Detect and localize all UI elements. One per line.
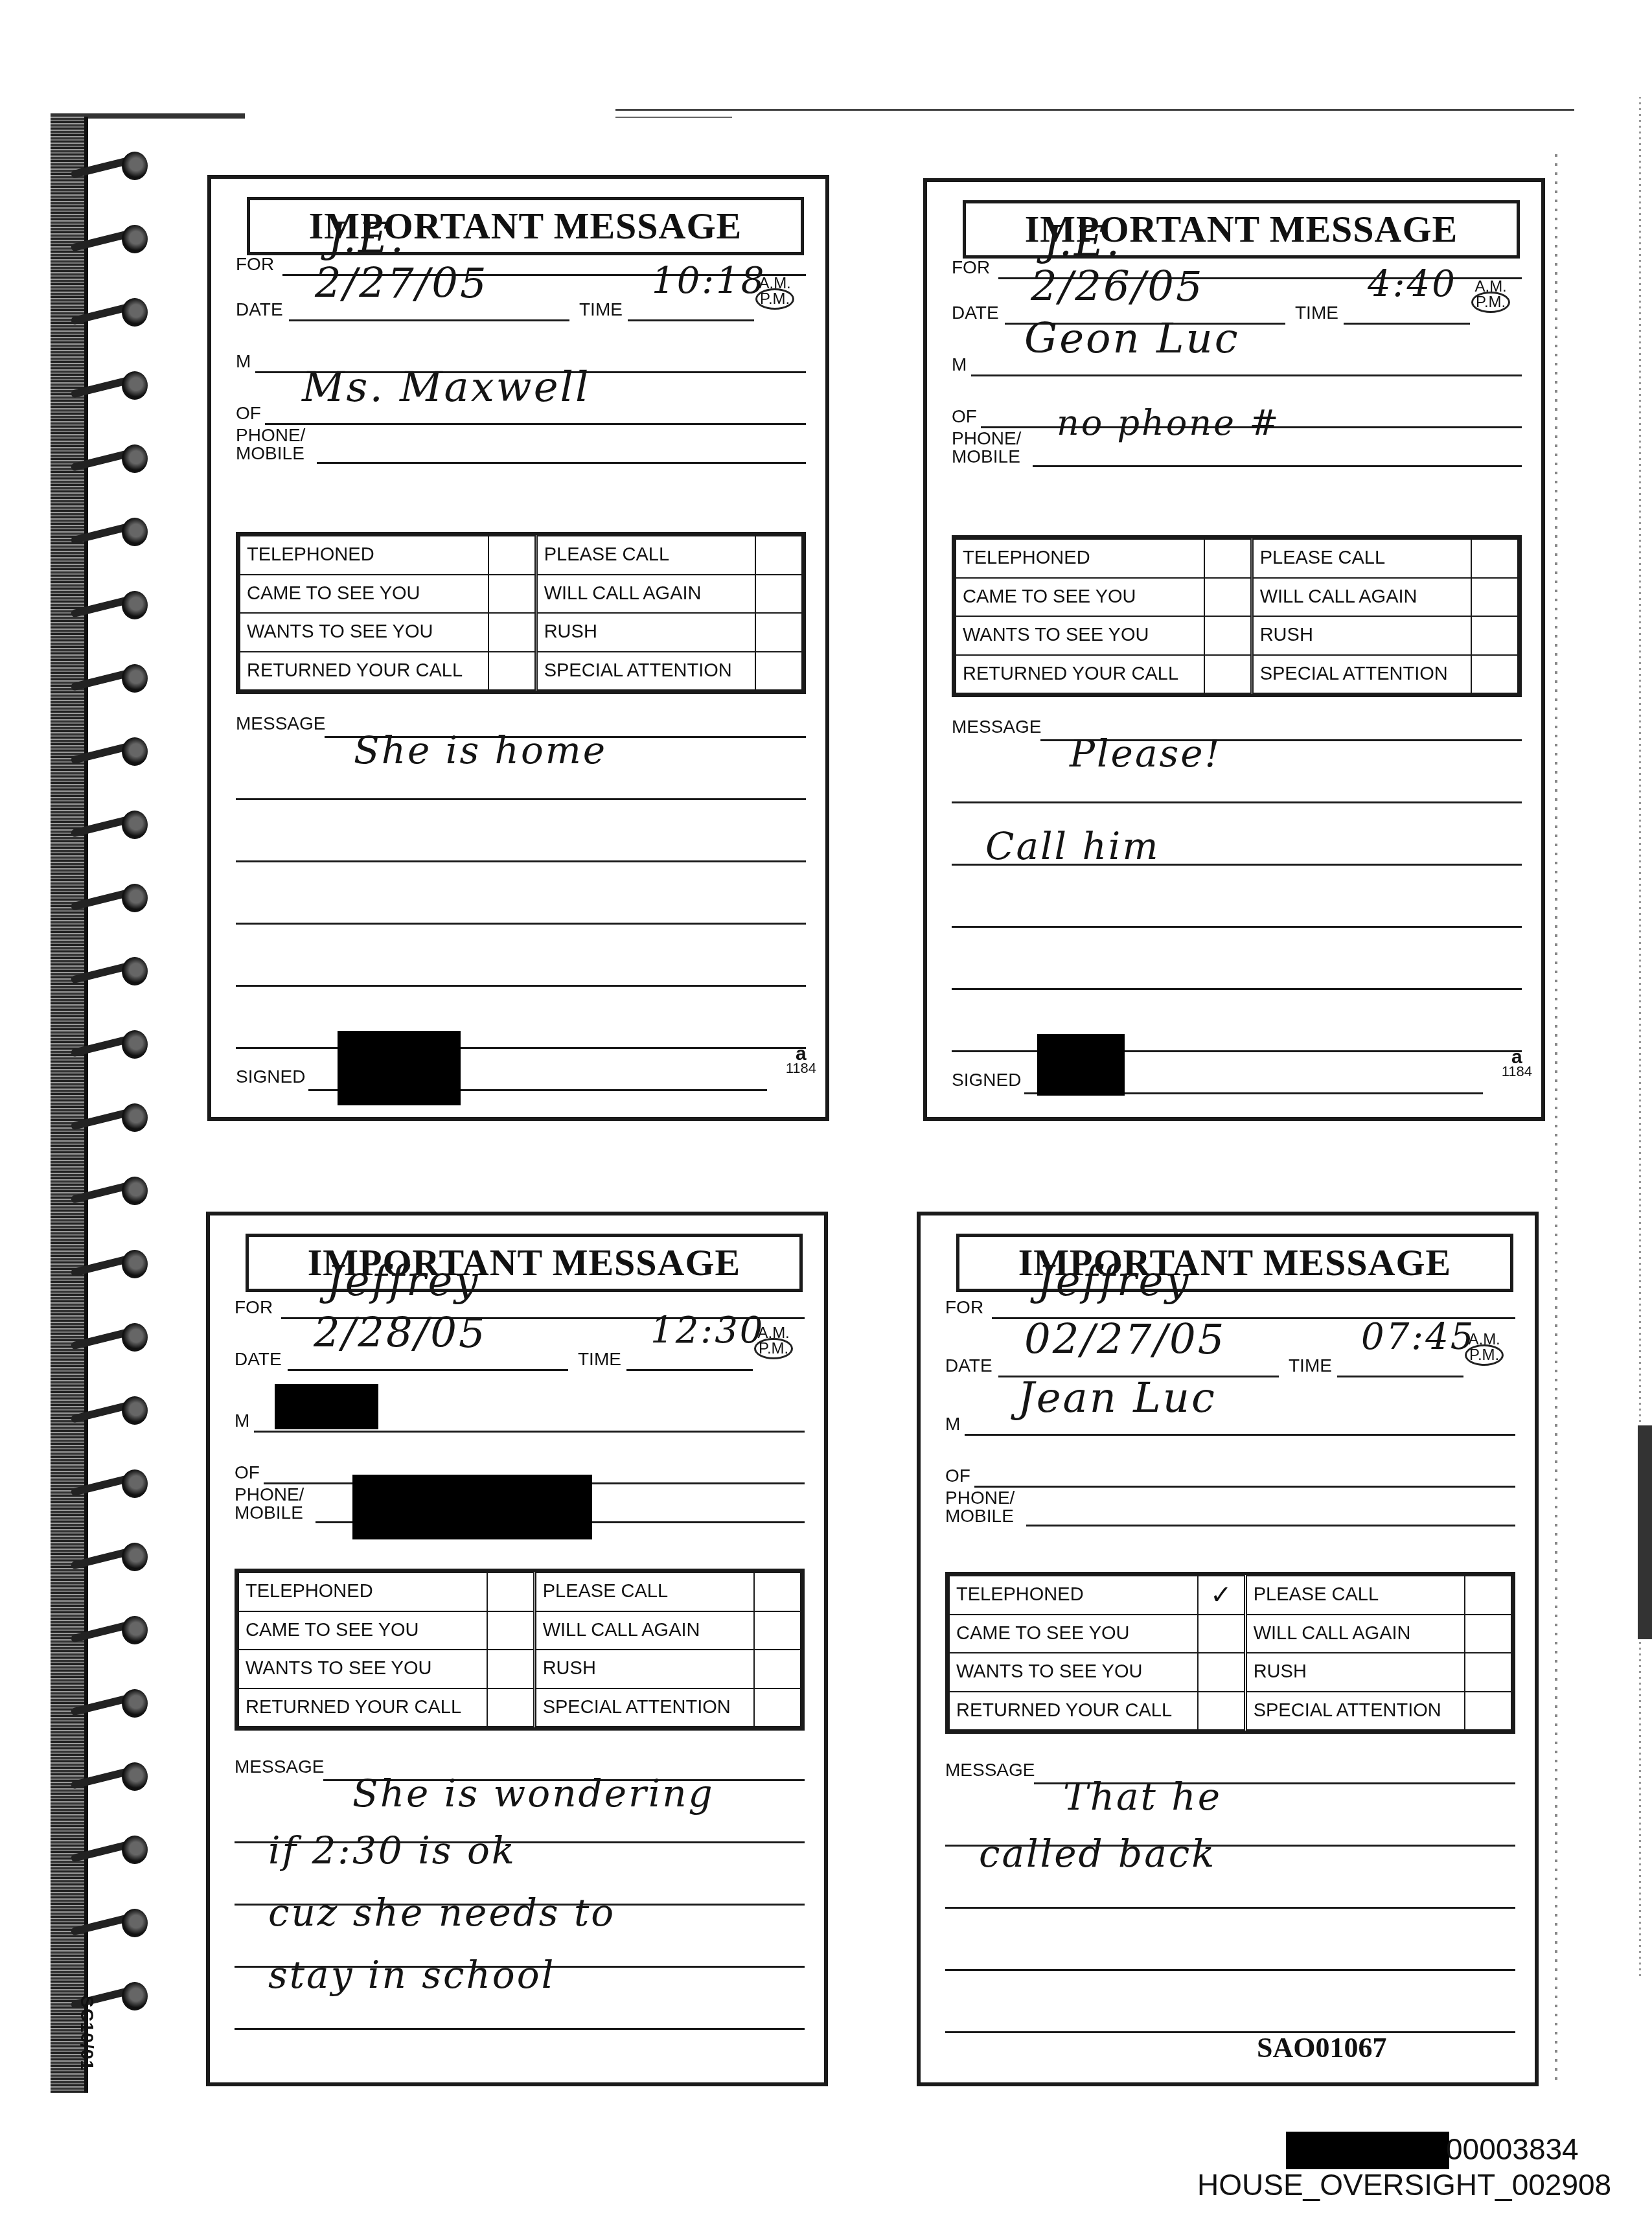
- checkbox-special-attention[interactable]: [1465, 1692, 1511, 1731]
- spiral-coil: [71, 1687, 149, 1725]
- message-line-text: called back: [979, 1832, 1216, 1876]
- redaction-bar-of-phone: [352, 1475, 592, 1539]
- checklist-row: RETURNED YOUR CALLSPECIAL ATTENTION: [949, 1692, 1511, 1731]
- message-slip-bottom-left: IMPORTANT MESSAGE FOR Jeffrey DATE TIME …: [206, 1212, 828, 2086]
- checklist-label: RUSH: [1252, 616, 1471, 655]
- checkbox-please-call[interactable]: [1465, 1576, 1511, 1615]
- checklist-label: CAME TO SEE YOU: [240, 575, 488, 614]
- checkbox-returned-your-call[interactable]: [487, 1688, 535, 1727]
- checklist-row: CAME TO SEE YOUWILL CALL AGAIN: [949, 1615, 1511, 1653]
- checklist-label: TELEPHONED: [956, 539, 1204, 578]
- redaction-bar-m: [275, 1384, 378, 1429]
- date-value: 2/26/05: [1031, 263, 1204, 311]
- publisher-logo-icon: a: [786, 1047, 816, 1061]
- spiral-coil: [71, 954, 149, 993]
- m-label: M: [235, 1411, 249, 1431]
- message-rule: [236, 1047, 806, 1049]
- spiral-coil: [71, 1101, 149, 1140]
- message-line-text: Call him: [985, 824, 1160, 868]
- date-label: DATE: [236, 299, 283, 320]
- checklist-label: TELEPHONED: [238, 1572, 487, 1611]
- message-rule: [236, 923, 806, 925]
- am-pm-indicator: A.M. P.M.: [754, 1326, 793, 1357]
- date-value: 2/27/05: [315, 260, 488, 308]
- bates-number: 00003834: [1446, 2132, 1579, 2167]
- time-value: 12:30: [650, 1309, 764, 1352]
- checkbox-will-call-again[interactable]: [755, 575, 802, 614]
- checklist-row: RETURNED YOUR CALLSPECIAL ATTENTION: [238, 1688, 801, 1727]
- checklist-label: RETURNED YOUR CALL: [949, 1692, 1198, 1731]
- checklist-label: CAME TO SEE YOU: [238, 1611, 487, 1650]
- checkbox-telephoned[interactable]: [1204, 539, 1252, 578]
- checklist-label: TELEPHONED: [949, 1576, 1198, 1615]
- signed-label: SIGNED: [236, 1066, 305, 1087]
- page-edge-dots: [1555, 149, 1557, 2080]
- checkbox-came-to-see-you[interactable]: [488, 575, 536, 614]
- message-slip-top-right: IMPORTANT MESSAGE FOR J.E. DATE TIME 2/2…: [923, 178, 1545, 1121]
- message-label: MESSAGE: [952, 717, 1041, 737]
- message-rule: [236, 798, 806, 800]
- spiral-coil: [71, 1906, 149, 1945]
- for-label: FOR: [945, 1297, 983, 1318]
- checklist-label: RETURNED YOUR CALL: [956, 655, 1204, 694]
- checklist-label: RETURNED YOUR CALL: [240, 652, 488, 691]
- spiral-coil: [71, 1394, 149, 1433]
- checklist-row: WANTS TO SEE YOURUSH: [949, 1653, 1511, 1692]
- checkbox-rush[interactable]: [755, 613, 802, 652]
- phone-field: PHONE/ MOBILE: [236, 419, 806, 464]
- phone-field: PHONE/ MOBILE: [945, 1481, 1515, 1526]
- redaction-bar-signed: [338, 1031, 461, 1105]
- binding-code: SC10/01: [76, 1996, 97, 2071]
- signed-label: SIGNED: [952, 1070, 1021, 1090]
- checkbox-returned-your-call[interactable]: [1198, 1692, 1246, 1731]
- checkbox-returned-your-call[interactable]: [488, 652, 536, 691]
- checklist-row: TELEPHONED✓PLEASE CALL: [949, 1576, 1511, 1615]
- checklist-row: CAME TO SEE YOUWILL CALL AGAIN: [238, 1611, 801, 1650]
- checklist-label: RETURNED YOUR CALL: [238, 1688, 487, 1727]
- sao-stamp: SAO01067: [1257, 2031, 1386, 2064]
- message-rule: [952, 926, 1522, 928]
- spiral-coil: [71, 1540, 149, 1579]
- for-value: Jeffrey: [1037, 1258, 1191, 1306]
- time-value: 07:45: [1361, 1316, 1475, 1358]
- checklist-label: WILL CALL AGAIN: [534, 1611, 754, 1650]
- checklist-label: WILL CALL AGAIN: [1252, 578, 1471, 617]
- checklist-label: RUSH: [1245, 1653, 1465, 1692]
- pm-label-circled: P.M.: [755, 288, 794, 310]
- checklist-label: WANTS TO SEE YOU: [956, 616, 1204, 655]
- message-rule: [952, 801, 1522, 803]
- for-value: Jeffrey: [327, 1258, 480, 1306]
- am-pm-indicator: A.M. P.M.: [1471, 279, 1510, 310]
- date-value: 2/28/05: [314, 1309, 487, 1357]
- phone-label: PHONE/ MOBILE: [236, 426, 305, 463]
- spiral-coil: [71, 442, 149, 481]
- checkbox-telephoned[interactable]: ✓: [1198, 1576, 1246, 1615]
- checkbox-returned-your-call[interactable]: [1204, 655, 1252, 694]
- message-rule: [236, 985, 806, 987]
- message-line-text: cuz she needs to: [268, 1891, 615, 1935]
- date-label: DATE: [945, 1355, 992, 1376]
- message-label: MESSAGE: [236, 713, 325, 734]
- time-label: TIME: [579, 299, 623, 320]
- checklist-label: RUSH: [534, 1650, 754, 1688]
- checklist-label: WANTS TO SEE YOU: [949, 1653, 1198, 1692]
- checkbox-please-call[interactable]: [755, 536, 802, 575]
- checklist-label: CAME TO SEE YOU: [949, 1615, 1198, 1653]
- message-rule: [235, 2028, 805, 2030]
- message-line-text: stay in school: [268, 1953, 555, 1997]
- checklist-row: WANTS TO SEE YOURUSH: [238, 1650, 801, 1688]
- checkbox-special-attention[interactable]: [754, 1688, 801, 1727]
- checkbox-will-call-again[interactable]: [1465, 1615, 1511, 1653]
- message-label: MESSAGE: [945, 1760, 1035, 1780]
- pm-label-circled: P.M.: [1465, 1344, 1504, 1366]
- checklist-row: RETURNED YOUR CALLSPECIAL ATTENTION: [956, 655, 1518, 694]
- checklist-label: RUSH: [536, 613, 755, 652]
- checklist-label: WANTS TO SEE YOU: [240, 613, 488, 652]
- redaction-bar-signed: [1037, 1034, 1125, 1096]
- for-field: FOR: [945, 1280, 1515, 1319]
- m-value: Geon Luc: [1024, 315, 1240, 363]
- checklist-row: WANTS TO SEE YOURUSH: [956, 616, 1518, 655]
- checklist-row: TELEPHONEDPLEASE CALL: [240, 536, 802, 575]
- checklist-grid: TELEPHONEDPLEASE CALLCAME TO SEE YOUWILL…: [235, 1569, 805, 1731]
- spiral-coil: [71, 662, 149, 700]
- form-number: a 1184: [1502, 1050, 1532, 1079]
- checkbox-special-attention[interactable]: [1471, 655, 1518, 694]
- message-slip-bottom-right: IMPORTANT MESSAGE FOR Jeffrey DATE TIME …: [917, 1212, 1539, 2086]
- message-slip-top-left: IMPORTANT MESSAGE FOR J.E. DATE TIME 2/2…: [207, 175, 829, 1121]
- for-label: FOR: [235, 1297, 273, 1318]
- phone-label: PHONE/ MOBILE: [945, 1489, 1015, 1525]
- checklist-row: WANTS TO SEE YOURUSH: [240, 613, 802, 652]
- checklist-label: WANTS TO SEE YOU: [238, 1650, 487, 1688]
- form-number: a 1184: [786, 1047, 816, 1076]
- checkbox-telephoned[interactable]: [488, 536, 536, 575]
- checkbox-rush[interactable]: [1471, 616, 1518, 655]
- production-id: HOUSE_OVERSIGHT_002908: [1197, 2167, 1611, 2202]
- checkbox-wants-to-see-you[interactable]: [487, 1650, 535, 1688]
- checklist-row: CAME TO SEE YOUWILL CALL AGAIN: [240, 575, 802, 614]
- message-rule: [945, 1907, 1515, 1909]
- phone-value: no phone #: [1057, 402, 1280, 443]
- for-value: J.E.: [1044, 218, 1121, 266]
- for-label: FOR: [236, 254, 274, 275]
- checklist-grid: TELEPHONEDPLEASE CALLCAME TO SEE YOUWILL…: [952, 535, 1522, 697]
- phone-label: PHONE/ MOBILE: [952, 430, 1021, 466]
- spiral-coil: [71, 515, 149, 554]
- message-rule: [952, 864, 1522, 866]
- spiral-coil: [71, 1833, 149, 1872]
- checkbox-came-to-see-you[interactable]: [1198, 1615, 1246, 1653]
- date-label: DATE: [952, 303, 999, 323]
- checklist-label: PLEASE CALL: [536, 536, 755, 575]
- m-label: M: [236, 351, 251, 372]
- page-top-rule: [615, 109, 1574, 111]
- checklist-label: SPECIAL ATTENTION: [536, 652, 755, 691]
- m-label: M: [945, 1414, 960, 1434]
- date-label: DATE: [235, 1349, 282, 1370]
- checkbox-special-attention[interactable]: [755, 652, 802, 691]
- spiral-coil: [71, 369, 149, 408]
- checkbox-will-call-again[interactable]: [754, 1611, 801, 1650]
- message-line-text: She is home: [354, 728, 607, 772]
- spiral-coil: [71, 1174, 149, 1213]
- checklist-label: PLEASE CALL: [534, 1572, 754, 1611]
- message-line-text: Please!: [1070, 731, 1222, 776]
- checklist-row: TELEPHONEDPLEASE CALL: [238, 1572, 801, 1611]
- date-value: 02/27/05: [1024, 1316, 1226, 1364]
- publisher-logo-icon: a: [1502, 1050, 1532, 1065]
- spiral-coil: [71, 1760, 149, 1799]
- checklist-label: SPECIAL ATTENTION: [1245, 1692, 1465, 1731]
- spiral-coil: [71, 1028, 149, 1066]
- checkbox-wants-to-see-you[interactable]: [1204, 616, 1252, 655]
- message-rule: [236, 860, 806, 862]
- message-line-text: if 2:30 is ok: [268, 1828, 516, 1872]
- message-label: MESSAGE: [235, 1757, 324, 1777]
- checkbox-rush[interactable]: [1465, 1653, 1511, 1692]
- message-line-text: That he: [1063, 1775, 1222, 1819]
- pm-label-circled: P.M.: [754, 1338, 793, 1359]
- checkbox-came-to-see-you[interactable]: [487, 1611, 535, 1650]
- checkbox-wants-to-see-you[interactable]: [1198, 1653, 1246, 1692]
- checklist-label: PLEASE CALL: [1252, 539, 1471, 578]
- checkbox-will-call-again[interactable]: [1471, 578, 1518, 617]
- time-value: 4:40: [1368, 263, 1457, 305]
- message-rule: [945, 2031, 1515, 2033]
- for-label: FOR: [952, 257, 990, 278]
- checklist-label: SPECIAL ATTENTION: [1252, 655, 1471, 694]
- checkbox-rush[interactable]: [754, 1650, 801, 1688]
- spiral-coil: [71, 1320, 149, 1359]
- scan-smudge: [1638, 1425, 1652, 1639]
- checklist-label: PLEASE CALL: [1245, 1576, 1465, 1615]
- spiral-coil: [71, 149, 149, 188]
- page-edge-dots-outer: [1639, 97, 1641, 1976]
- checkbox-please-call[interactable]: [1471, 539, 1518, 578]
- m-value: Jean Luc: [1018, 1374, 1217, 1422]
- checklist-row: CAME TO SEE YOUWILL CALL AGAIN: [956, 578, 1518, 617]
- m-label: M: [952, 354, 967, 375]
- spiral-coil: [71, 881, 149, 920]
- checklist-label: TELEPHONED: [240, 536, 488, 575]
- spiral-coil: [71, 222, 149, 261]
- checklist-grid: TELEPHONEDPLEASE CALLCAME TO SEE YOUWILL…: [236, 532, 806, 694]
- time-label: TIME: [578, 1349, 621, 1370]
- message-rule: [945, 1969, 1515, 1971]
- checklist-grid: TELEPHONED✓PLEASE CALLCAME TO SEE YOUWIL…: [945, 1572, 1515, 1734]
- pm-label-circled: P.M.: [1471, 292, 1510, 313]
- message-line-text: She is wondering: [352, 1771, 715, 1815]
- of-value: Ms. Maxwell: [302, 363, 590, 411]
- spiral-coil: [71, 1467, 149, 1506]
- checklist-row: TELEPHONEDPLEASE CALL: [956, 539, 1518, 578]
- spiral-coil: [71, 588, 149, 627]
- spiral-coil: [71, 735, 149, 774]
- message-rule: [952, 988, 1522, 990]
- spiral-coil: [71, 808, 149, 847]
- checkbox-came-to-see-you[interactable]: [1204, 578, 1252, 617]
- phone-label: PHONE/ MOBILE: [235, 1486, 304, 1522]
- checklist-label: SPECIAL ATTENTION: [534, 1688, 754, 1727]
- am-pm-indicator: A.M. P.M.: [1465, 1332, 1504, 1363]
- checkbox-wants-to-see-you[interactable]: [488, 613, 536, 652]
- spiral-coil: [71, 295, 149, 334]
- redaction-bar-bates: [1286, 2132, 1449, 2169]
- for-value: J.E.: [328, 214, 406, 262]
- spiral-coil: [71, 1247, 149, 1286]
- checklist-row: RETURNED YOUR CALLSPECIAL ATTENTION: [240, 652, 802, 691]
- checklist-label: WILL CALL AGAIN: [536, 575, 755, 614]
- checklist-label: CAME TO SEE YOU: [956, 578, 1204, 617]
- time-label: TIME: [1289, 1355, 1332, 1376]
- page-top-rule-short: [615, 117, 732, 118]
- checkbox-please-call[interactable]: [754, 1572, 801, 1611]
- checklist-label: WILL CALL AGAIN: [1245, 1615, 1465, 1653]
- checkbox-telephoned[interactable]: [487, 1572, 535, 1611]
- spiral-coil: [71, 1613, 149, 1652]
- time-value: 10:18: [652, 260, 766, 302]
- time-label: TIME: [1295, 303, 1338, 323]
- am-pm-indicator: A.M. P.M.: [755, 276, 794, 307]
